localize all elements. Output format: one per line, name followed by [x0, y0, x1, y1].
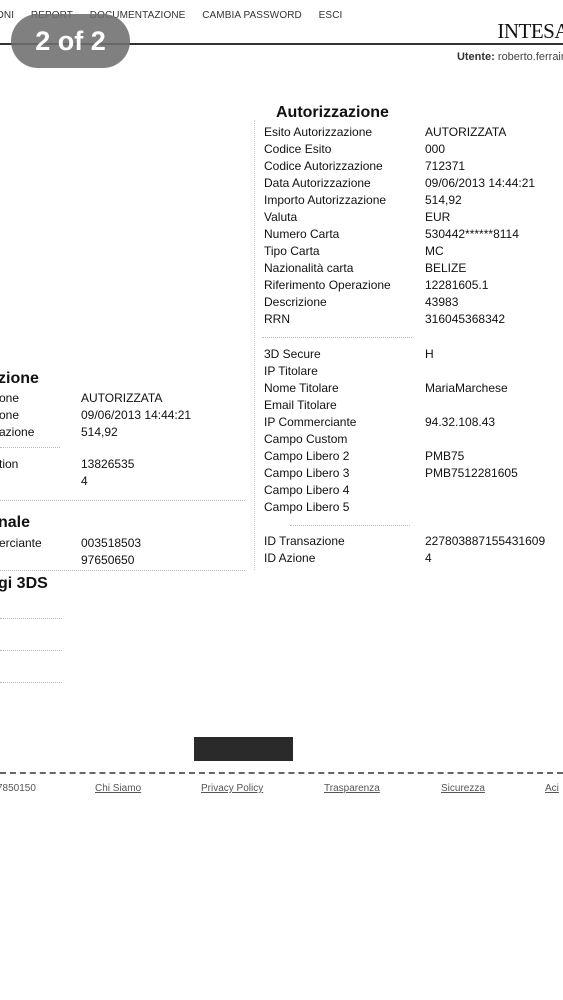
field-label: Esito Autorizzazione [264, 124, 425, 141]
field-label: RRN [264, 311, 425, 328]
field-row: Codice Autorizzazione712371 [264, 158, 535, 175]
field-value: 12281605.1 [425, 277, 488, 294]
field-row: ID Transazione227803887155431609 [264, 533, 545, 550]
footer-link-other[interactable]: Aci [545, 783, 559, 794]
nav-esci[interactable]: ESCI [319, 10, 343, 21]
field-value: 09/06/2013 14:44:21 [81, 407, 191, 424]
left-section-title-3: gi 3DS [0, 575, 48, 593]
field-value: 712371 [425, 158, 465, 175]
field-value: 09/06/2013 14:44:21 [425, 175, 535, 192]
field-label: Nazionalità carta [264, 260, 425, 277]
nav-item[interactable]: ONI [0, 10, 14, 21]
field-value: 94.32.108.43 [425, 414, 495, 431]
field-row: Tipo CartaMC [264, 243, 535, 260]
field-value: 4 [425, 550, 432, 567]
field-row: Codice Esito000 [264, 141, 535, 158]
field-label: ID Transazione [264, 533, 425, 550]
field-label: ID Azione [264, 550, 425, 567]
divider [0, 650, 62, 651]
left-section-title-1: zione [0, 370, 39, 388]
field-row: IP Titolare [264, 363, 518, 380]
field-value: AUTORIZZATA [425, 124, 506, 141]
field-label: Codice Autorizzazione [264, 158, 425, 175]
field-value: 514,92 [425, 192, 462, 209]
field-row: 3D SecureH [264, 346, 518, 363]
field-row: oneAUTORIZZATA [0, 390, 191, 407]
field-label: 3D Secure [264, 346, 425, 363]
divider [0, 447, 60, 448]
field-row: Data Autorizzazione09/06/2013 14:44:21 [264, 175, 535, 192]
field-row: erciante003518503 [0, 535, 141, 552]
field-row: Campo Libero 3PMB7512281605 [264, 465, 518, 482]
field-value: 227803887155431609 [425, 533, 545, 550]
left-section-2: erciante00351850397650650 [0, 535, 141, 569]
field-label [0, 552, 81, 569]
field-label: azione [0, 424, 81, 441]
field-label: one [0, 390, 81, 407]
field-label: Importo Autorizzazione [264, 192, 425, 209]
footer-link-sicurezza[interactable]: Sicurezza [441, 783, 485, 794]
user-info: Utente: roberto.ferrain [457, 51, 563, 63]
field-label: Descrizione [264, 294, 425, 311]
redacted-block [194, 737, 293, 761]
field-label: IP Titolare [264, 363, 425, 380]
divider [0, 570, 245, 571]
field-value: 530442******8114 [425, 226, 519, 243]
field-label: tion [0, 456, 81, 473]
field-label: Campo Libero 3 [264, 465, 425, 482]
field-value: MariaMarchese [425, 380, 508, 397]
field-value: 316045368342 [425, 311, 505, 328]
field-value: EUR [425, 209, 450, 226]
field-label: erciante [0, 535, 81, 552]
field-value: 514,92 [81, 424, 118, 441]
field-label: Campo Libero 5 [264, 499, 425, 516]
footer-link-trasparenza[interactable]: Trasparenza [324, 783, 380, 794]
field-value: PMB75 [425, 448, 464, 465]
footer-link-privacy[interactable]: Privacy Policy [201, 783, 263, 794]
field-row: Campo Libero 5 [264, 499, 518, 516]
field-row: 4 [0, 473, 134, 490]
footer-link-chi-siamo[interactable]: Chi Siamo [95, 783, 141, 794]
field-row: one09/06/2013 14:44:21 [0, 407, 191, 424]
field-label: Numero Carta [264, 226, 425, 243]
field-label: Tipo Carta [264, 243, 425, 260]
field-value: 000 [425, 141, 445, 158]
field-value: MC [425, 243, 444, 260]
divider [290, 525, 410, 526]
user-label: Utente: [457, 51, 495, 63]
field-value: 43983 [425, 294, 458, 311]
field-row: azione514,92 [0, 424, 191, 441]
bank-logo: INTESA [497, 19, 563, 44]
field-row: Campo Libero 4 [264, 482, 518, 499]
field-row: Campo Custom [264, 431, 518, 448]
left-section-1b: tion138265354 [0, 456, 134, 490]
field-value: 97650650 [81, 552, 134, 569]
field-row: Campo Libero 2PMB75 [264, 448, 518, 465]
column-divider [254, 120, 255, 570]
divider [0, 682, 62, 683]
authorization-group-3: ID Transazione227803887155431609ID Azion… [264, 533, 545, 567]
field-label: Email Titolare [264, 397, 425, 414]
user-name: roberto.ferrain [498, 51, 563, 63]
field-value: AUTORIZZATA [81, 390, 162, 407]
field-row: Numero Carta530442******8114 [264, 226, 535, 243]
field-label: IP Commerciante [264, 414, 425, 431]
divider [0, 618, 62, 619]
authorization-group-2: 3D SecureHIP TitolareNome TitolareMariaM… [264, 346, 518, 516]
field-row: tion13826535 [0, 456, 134, 473]
authorization-title: Autorizzazione [276, 104, 389, 122]
field-value: 13826535 [81, 456, 134, 473]
field-row: Riferimento Operazione12281605.1 [264, 277, 535, 294]
field-value: H [425, 346, 434, 363]
field-row: Descrizione43983 [264, 294, 535, 311]
field-row: RRN316045368342 [264, 311, 535, 328]
field-row: Email Titolare [264, 397, 518, 414]
footer-phone: 7850150 [0, 783, 36, 794]
footer-divider [0, 772, 563, 774]
field-label: Campo Custom [264, 431, 425, 448]
field-label: Valuta [264, 209, 425, 226]
field-row: ID Azione4 [264, 550, 545, 567]
field-label: Nome Titolare [264, 380, 425, 397]
page-indicator-badge: 2 of 2 [11, 14, 130, 68]
field-row: Nome TitolareMariaMarchese [264, 380, 518, 397]
field-row: IP Commerciante94.32.108.43 [264, 414, 518, 431]
field-label: one [0, 407, 81, 424]
nav-cambia-password[interactable]: CAMBIA PASSWORD [202, 10, 302, 21]
field-row: 97650650 [0, 552, 141, 569]
divider [262, 337, 412, 338]
field-value: 4 [81, 473, 88, 490]
field-label: Campo Libero 4 [264, 482, 425, 499]
divider [0, 500, 245, 501]
field-row: Esito AutorizzazioneAUTORIZZATA [264, 124, 535, 141]
field-value: BELIZE [425, 260, 466, 277]
left-section-1: oneAUTORIZZATAone09/06/2013 14:44:21azio… [0, 390, 191, 441]
field-label [0, 473, 81, 490]
field-label: Data Autorizzazione [264, 175, 425, 192]
field-label: Codice Esito [264, 141, 425, 158]
field-row: Importo Autorizzazione514,92 [264, 192, 535, 209]
field-row: Nazionalità cartaBELIZE [264, 260, 535, 277]
field-value: 003518503 [81, 535, 141, 552]
field-label: Riferimento Operazione [264, 277, 425, 294]
authorization-group-1: Esito AutorizzazioneAUTORIZZATACodice Es… [264, 124, 535, 328]
field-value: PMB7512281605 [425, 465, 518, 482]
field-row: ValutaEUR [264, 209, 535, 226]
field-label: Campo Libero 2 [264, 448, 425, 465]
left-section-title-2: nale [0, 514, 30, 532]
